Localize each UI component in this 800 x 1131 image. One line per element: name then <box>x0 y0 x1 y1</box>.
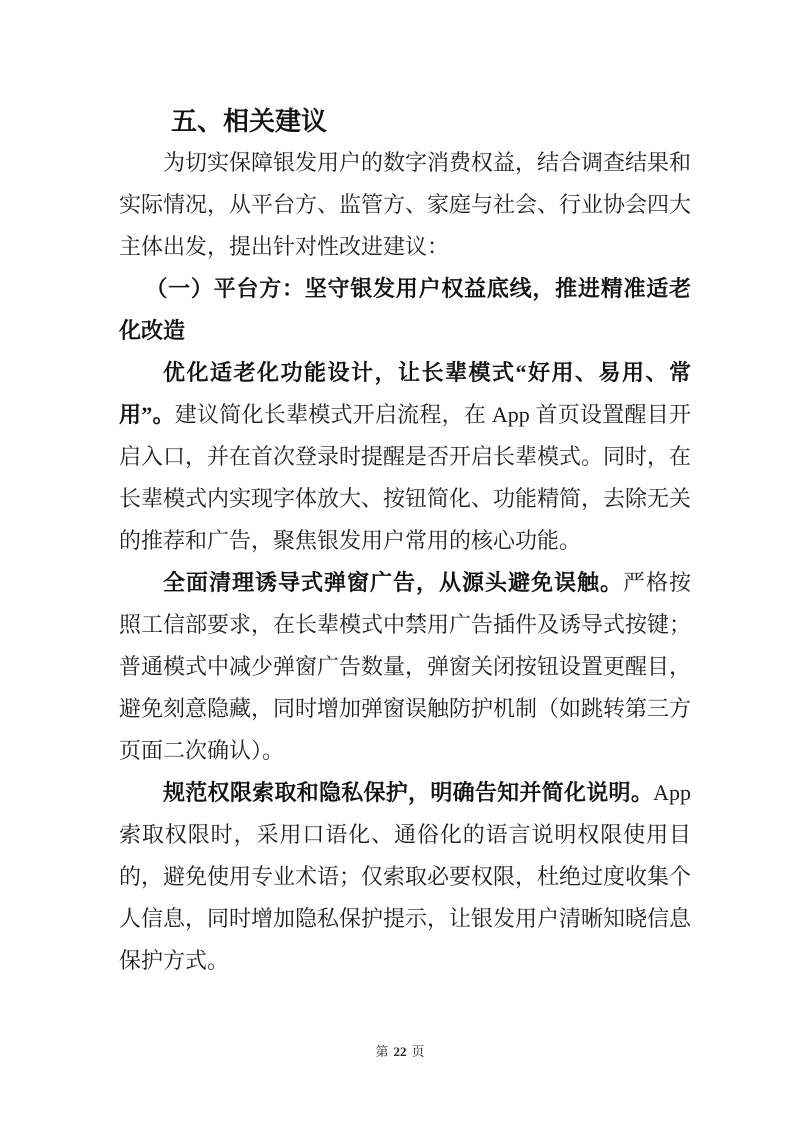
section-heading: 五、相关建议 <box>119 100 691 142</box>
subsection-heading: （一）平台方：坚守银发用户权益底线，推进精准适老化改造 <box>119 268 691 352</box>
page-footer-suffix: 页 <box>412 1044 425 1059</box>
paragraph-intro: 为切实保障银发用户的数字消费权益，结合调查结果和实际情况，从平台方、监管方、家庭… <box>119 142 691 268</box>
paragraph-intro-text: 为切实保障银发用户的数字消费权益，结合调查结果和实际情况，从平台方、监管方、家庭… <box>119 150 691 259</box>
page-number: 22 <box>394 1044 407 1059</box>
paragraph-suggestion-1-body: 建议简化长辈模式开启流程，在 App 首页设置醒目开启入口，并在首次登录时提醒是… <box>119 402 691 553</box>
paragraph-suggestion-3-lead: 规范权限索取和隐私保护，明确告知并简化说明。 <box>163 780 653 805</box>
paragraph-suggestion-3: 规范权限索取和隐私保护，明确告知并简化说明。App 索取权限时，采用口语化、通俗… <box>119 772 691 982</box>
paragraph-suggestion-2: 全面清理诱导式弹窗广告，从源头避免误触。严格按照工信部要求，在长辈模式中禁用广告… <box>119 562 691 772</box>
paragraph-suggestion-1: 优化适老化功能设计，让长辈模式“好用、易用、常用”。建议简化长辈模式开启流程，在… <box>119 352 691 562</box>
paragraph-suggestion-2-lead: 全面清理诱导式弹窗广告，从源头避免误触。 <box>163 570 623 595</box>
paragraph-suggestion-2-body: 严格按照工信部要求，在长辈模式中禁用广告插件及诱导式按键；普通模式中减少弹窗广告… <box>119 570 691 763</box>
page-content: 五、相关建议 为切实保障银发用户的数字消费权益，结合调查结果和实际情况，从平台方… <box>119 100 691 982</box>
paragraph-suggestion-3-body: App 索取权限时，采用口语化、通俗化的语言说明权限使用目的，避免使用专业术语；… <box>119 780 691 973</box>
document-page: 五、相关建议 为切实保障银发用户的数字消费权益，结合调查结果和实际情况，从平台方… <box>0 0 800 1131</box>
page-footer: 第22页 <box>0 1043 800 1061</box>
page-footer-prefix: 第 <box>375 1044 388 1059</box>
